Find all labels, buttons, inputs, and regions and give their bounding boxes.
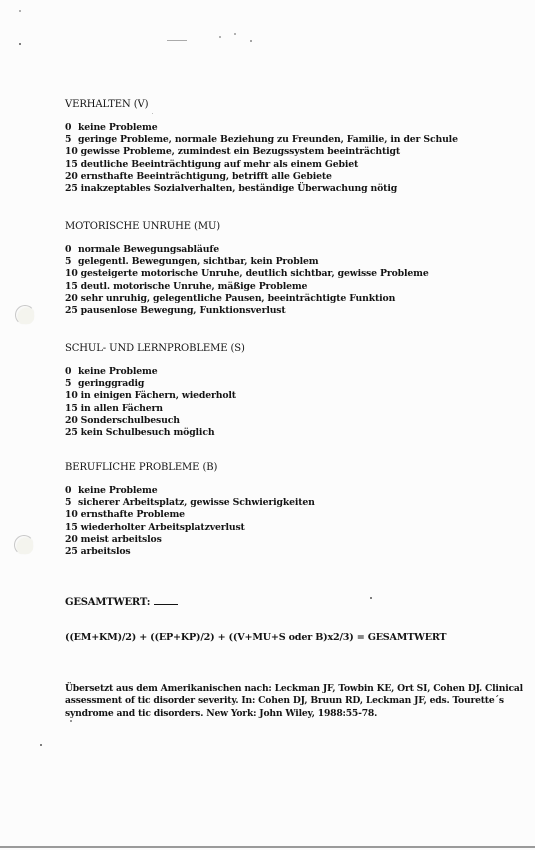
score-item: 0keine Probleme: [65, 122, 525, 134]
score-item: 15deutl. motorische Unruhe, mäßige Probl…: [65, 281, 525, 293]
score-item: 20Sonderschulbesuch: [65, 415, 525, 427]
section-heading: MOTORISCHE UNRUHE (MU): [65, 220, 525, 233]
score-value: 15: [65, 403, 78, 415]
score-description: keine Probleme: [78, 122, 158, 133]
punch-hole-mark: [14, 535, 34, 555]
section-schul-und-lernprobleme: SCHUL- UND LERNPROBLEME (S) 0keine Probl…: [65, 342, 525, 439]
score-value: 25: [65, 183, 78, 195]
score-description: inakzeptables Sozialverhalten, beständig…: [81, 183, 397, 194]
score-description: ernsthafte Probleme: [81, 509, 185, 520]
scan-speck: [219, 36, 221, 38]
score-value: 0: [65, 366, 75, 378]
score-description: sicherer Arbeitsplatz, gewisse Schwierig…: [78, 497, 315, 508]
score-list: 0keine Probleme 5geringe Probleme, norma…: [65, 122, 525, 195]
total-score-label: GESAMTWERT:: [65, 597, 150, 608]
score-description: ernsthafte Beeinträchtigung, betrifft al…: [81, 171, 332, 182]
score-description: keine Probleme: [78, 366, 158, 377]
score-description: deutliche Beeinträchtigung auf mehr als …: [81, 159, 359, 170]
score-value: 15: [65, 281, 78, 293]
score-value: 0: [65, 122, 75, 134]
score-value: 10: [65, 509, 78, 521]
score-description: arbeitslos: [81, 546, 131, 557]
score-value: 5: [65, 134, 75, 146]
score-description: Sonderschulbesuch: [81, 415, 180, 426]
score-value: 10: [65, 146, 78, 158]
scan-speck: [70, 720, 72, 722]
citation-line: assessment of tic disorder severity. In:…: [65, 695, 535, 707]
scanned-page: VERHALTEN (V) 0keine Probleme 5geringe P…: [0, 0, 535, 848]
score-item: 10in einigen Fächern, wiederholt: [65, 390, 525, 402]
score-item: 15deutliche Beeinträchtigung auf mehr al…: [65, 159, 525, 171]
scan-speck: [167, 40, 187, 41]
score-value: 20: [65, 415, 78, 427]
score-description: gewisse Probleme, zumindest ein Bezugssy…: [81, 146, 400, 157]
score-description: geringgradig: [78, 378, 144, 389]
score-description: normale Bewegungsabläufe: [78, 244, 219, 255]
section-heading: VERHALTEN (V): [65, 98, 525, 111]
score-description: keine Probleme: [78, 485, 158, 496]
score-description: gesteigerte motorische Unruhe, deutlich …: [81, 268, 429, 279]
total-score-formula: ((EM+KM)/2) + ((EP+KP)/2) + ((V+MU+S ode…: [65, 632, 446, 643]
score-value: 25: [65, 427, 78, 439]
section-heading: SCHUL- UND LERNPROBLEME (S): [65, 342, 525, 355]
score-description: in einigen Fächern, wiederholt: [81, 390, 236, 401]
score-item: 20ernsthafte Beeinträchtigung, betrifft …: [65, 171, 525, 183]
score-item: 25kein Schulbesuch möglich: [65, 427, 525, 439]
scan-speck: [40, 744, 42, 746]
total-score-row: GESAMTWERT:: [65, 597, 178, 608]
score-item: 5geringgradig: [65, 378, 525, 390]
score-item: 0normale Bewegungsabläufe: [65, 244, 525, 256]
score-description: meist arbeitslos: [81, 534, 162, 545]
score-value: 0: [65, 244, 75, 256]
score-value: 5: [65, 378, 75, 390]
score-description: wiederholter Arbeitsplatzverlust: [81, 522, 245, 533]
score-value: 10: [65, 390, 78, 402]
score-item: 25arbeitslos: [65, 546, 525, 558]
score-value: 15: [65, 159, 78, 171]
score-item: 5sicherer Arbeitsplatz, gewisse Schwieri…: [65, 497, 525, 509]
score-description: gelegentl. Bewegungen, sichtbar, kein Pr…: [78, 256, 318, 267]
section-heading: BERUFLICHE PROBLEME (B): [65, 461, 525, 474]
score-value: 20: [65, 534, 78, 546]
score-item: 0keine Probleme: [65, 485, 525, 497]
citation-line: Übersetzt aus dem Amerikanischen nach: L…: [65, 683, 535, 695]
score-value: 20: [65, 171, 78, 183]
score-description: geringe Probleme, normale Beziehung zu F…: [78, 134, 458, 145]
score-value: 0: [65, 485, 75, 497]
scan-speck: [19, 43, 21, 45]
score-value: 20: [65, 293, 78, 305]
score-item: 10gewisse Probleme, zumindest ein Bezugs…: [65, 146, 525, 158]
score-description: in allen Fächern: [81, 403, 163, 414]
punch-hole-mark: [15, 305, 35, 325]
score-value: 25: [65, 305, 78, 317]
source-citation: Übersetzt aus dem Amerikanischen nach: L…: [65, 683, 535, 720]
score-item: 20meist arbeitslos: [65, 534, 525, 546]
scan-speck: [234, 33, 236, 35]
score-value: 25: [65, 546, 78, 558]
score-value: 15: [65, 522, 78, 534]
score-item: 5geringe Probleme, normale Beziehung zu …: [65, 134, 525, 146]
score-item: 0keine Probleme: [65, 366, 525, 378]
score-value: 5: [65, 256, 75, 268]
score-description: kein Schulbesuch möglich: [81, 427, 215, 438]
scan-bottom-edge: [0, 846, 535, 848]
score-description: pausenlose Bewegung, Funktionsverlust: [81, 305, 286, 316]
score-description: deutl. motorische Unruhe, mäßige Problem…: [81, 281, 308, 292]
score-list: 0normale Bewegungsabläufe 5gelegentl. Be…: [65, 244, 525, 317]
score-item: 25pausenlose Bewegung, Funktionsverlust: [65, 305, 525, 317]
citation-line: syndrome and tic disorders. New York: Jo…: [65, 708, 535, 720]
score-list: 0keine Probleme 5geringgradig 10in einig…: [65, 366, 525, 439]
scan-speck: [370, 597, 372, 599]
section-motorische-unruhe: MOTORISCHE UNRUHE (MU) 0normale Bewegung…: [65, 220, 525, 317]
scan-speck: [250, 40, 252, 42]
score-item: 10ernsthafte Probleme: [65, 509, 525, 521]
total-score-blank-field[interactable]: [154, 603, 178, 605]
score-item: 20sehr unruhig, gelegentliche Pausen, be…: [65, 293, 525, 305]
score-description: sehr unruhig, gelegentliche Pausen, beei…: [81, 293, 396, 304]
score-item: 5gelegentl. Bewegungen, sichtbar, kein P…: [65, 256, 525, 268]
scan-speck: [19, 10, 21, 12]
score-item: 15in allen Fächern: [65, 403, 525, 415]
section-berufliche-probleme: BERUFLICHE PROBLEME (B) 0keine Probleme …: [65, 461, 525, 558]
score-value: 10: [65, 268, 78, 280]
section-verhalten: VERHALTEN (V) 0keine Probleme 5geringe P…: [65, 98, 525, 195]
score-item: 25inakzeptables Sozialverhalten, beständ…: [65, 183, 525, 195]
score-list: 0keine Probleme 5sicherer Arbeitsplatz, …: [65, 485, 525, 558]
score-value: 5: [65, 497, 75, 509]
score-item: 10gesteigerte motorische Unruhe, deutlic…: [65, 268, 525, 280]
score-item: 15wiederholter Arbeitsplatzverlust: [65, 522, 525, 534]
